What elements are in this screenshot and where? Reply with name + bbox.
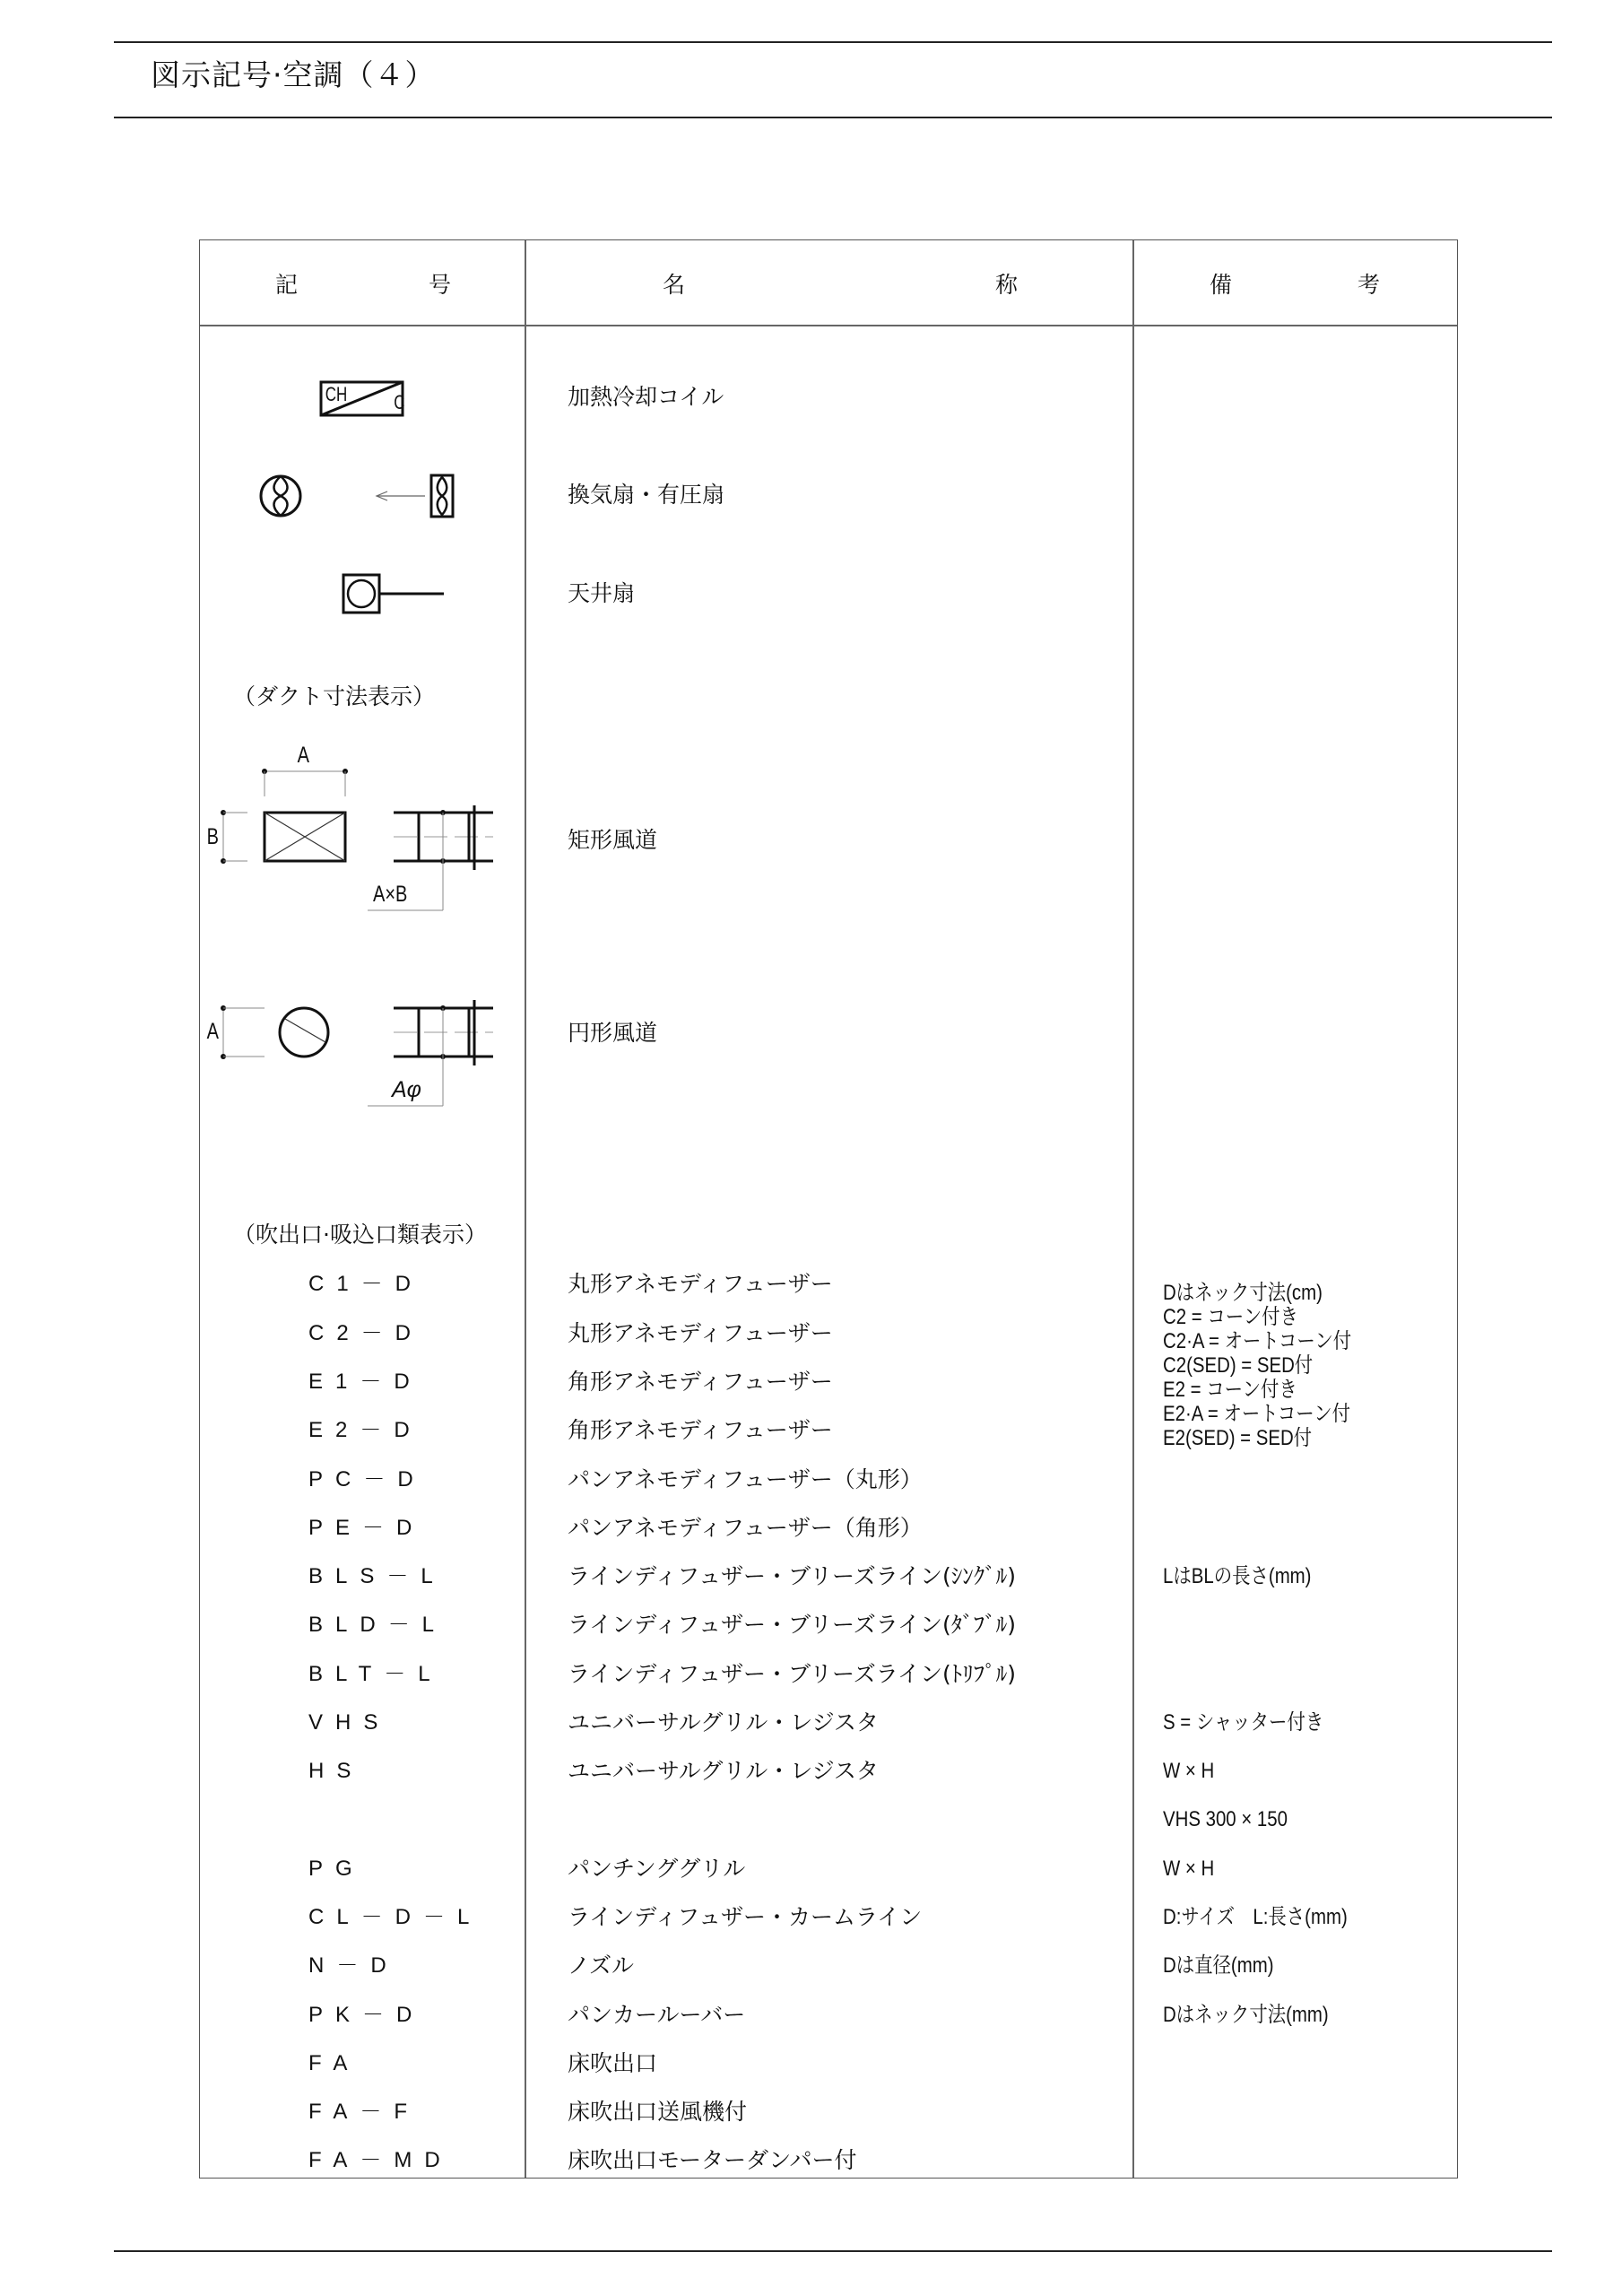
- row-symbol: C2－D: [308, 1320, 423, 1347]
- header-symbol-char-1: 記: [275, 267, 298, 300]
- row-symbol: N－D: [308, 1952, 399, 1979]
- row-symbol: HS: [308, 1758, 363, 1785]
- coil-text-ch: CH: [325, 384, 348, 406]
- row-name: 丸形アネモディフューザー: [568, 1271, 833, 1298]
- row-name: 角形アネモディフューザー: [568, 1417, 833, 1444]
- row-name: パンアネモディフューザー（角形）: [568, 1515, 923, 1542]
- header-name-char-1: 名: [663, 267, 685, 300]
- round-dim-label-aphi: Aφ: [392, 1076, 421, 1103]
- outlet-section-heading: （吹出口·吸込口類表示）: [233, 1222, 487, 1248]
- row-symbol: PC－D: [308, 1466, 426, 1493]
- coil-text-c: C: [394, 392, 404, 414]
- row-name: ユニバーサルグリル・レジスタ: [568, 1709, 879, 1736]
- top-rule: [114, 41, 1552, 43]
- row-remarks: VHS 300 × 150: [1163, 1806, 1288, 1833]
- page-title: 図示記号·空調（４）: [151, 57, 436, 93]
- row-symbol: PE－D: [308, 1515, 424, 1542]
- row-remarks: S = シャッター付き: [1163, 1709, 1323, 1736]
- title-underline: [114, 117, 1552, 118]
- row-symbol: CL－D－L: [308, 1904, 481, 1931]
- row-name: ノズル: [568, 1952, 634, 1979]
- row-symbol: E2－D: [308, 1417, 422, 1444]
- dim-label-a: A: [298, 742, 309, 769]
- row-name: パンチンググリル: [568, 1856, 745, 1883]
- pressure-fan-symbol-icon: [375, 474, 455, 520]
- col-divider-1: [525, 240, 526, 2178]
- symbol-table: 記 号 名 称 備 考: [199, 239, 1458, 2179]
- rectangular-duct-diagram-icon: [197, 735, 502, 915]
- row-remarks: Dはネック寸法(mm): [1163, 2002, 1329, 2029]
- ceiling-fan-symbol-icon: [342, 573, 446, 614]
- row-name: ラインディフュザー・ブリーズライン(ｼﾝｸﾞﾙ): [568, 1563, 1016, 1590]
- row-name: 床吹出口: [568, 2050, 657, 2077]
- row-symbol: PG: [308, 1856, 365, 1883]
- row-symbol: PK－D: [308, 2002, 424, 2029]
- header-name: 名 称: [663, 240, 1018, 326]
- bottom-rule: [114, 2250, 1552, 2252]
- row-remarks: W × H: [1163, 1856, 1214, 1883]
- row-name: ラインディフュザー・ブリーズライン(ﾀﾞﾌﾞﾙ): [568, 1612, 1016, 1639]
- row-name: 丸形アネモディフューザー: [568, 1320, 833, 1347]
- round-dim-label-a: A: [207, 1018, 219, 1045]
- header-symbol-char-2: 号: [429, 267, 451, 300]
- dim-label-axb: A×B: [373, 881, 407, 908]
- anemo-diffuser-remarks: Dはネック寸法(cm) C2 = コーン付き C2·A = オートコーン付 C2…: [1163, 1281, 1351, 1450]
- header-symbol: 記 号: [275, 240, 451, 326]
- header-remarks-char-1: 備: [1210, 267, 1232, 300]
- round-duct-diagram-icon: [197, 996, 502, 1121]
- header-remarks-char-2: 考: [1357, 267, 1380, 300]
- row-name-coil: 加熱冷却コイル: [568, 384, 724, 411]
- row-name: ラインディフュザー・ブリーズライン(ﾄﾘﾌﾟﾙ): [568, 1661, 1016, 1688]
- row-remarks: Dは直径(mm): [1163, 1952, 1274, 1979]
- col-divider-2: [1132, 240, 1134, 2178]
- row-symbol: FA－F: [308, 2099, 420, 2126]
- row-name-round-duct: 円形風道: [568, 1020, 657, 1047]
- row-name: 床吹出口送風機付: [568, 2099, 747, 2126]
- row-name: パンアネモディフューザー（丸形）: [568, 1466, 923, 1493]
- row-name: ユニバーサルグリル・レジスタ: [568, 1758, 879, 1785]
- row-remarks: D:サイズ L:長さ(mm): [1163, 1904, 1348, 1931]
- dim-label-b: B: [207, 823, 219, 850]
- row-name: 床吹出口モーターダンパー付: [568, 2147, 857, 2174]
- row-symbol: BLT－L: [308, 1661, 443, 1688]
- row-name-ceiling-fan: 天井扇: [568, 580, 635, 607]
- row-remarks: W × H: [1163, 1758, 1214, 1785]
- row-symbol: BLS－L: [308, 1563, 446, 1590]
- ventilation-fan-symbol-icon: [258, 474, 305, 520]
- row-remarks: LはBLの長さ(mm): [1163, 1563, 1311, 1590]
- row-symbol: BLD－L: [308, 1612, 447, 1639]
- header-remarks: 備 考: [1210, 240, 1380, 326]
- row-symbol: C1－D: [308, 1271, 423, 1298]
- row-symbol: FA－MD: [308, 2147, 453, 2174]
- row-name: 角形アネモディフューザー: [568, 1369, 833, 1396]
- row-name-fan: 換気扇・有圧扇: [568, 482, 724, 509]
- row-name-rectangular-duct: 矩形風道: [568, 827, 657, 854]
- row-symbol: FA: [308, 2050, 360, 2077]
- header-name-char-2: 称: [995, 267, 1018, 300]
- row-name: ラインディフュザー・カームライン: [568, 1904, 922, 1931]
- duct-section-heading: （ダクト寸法表示）: [233, 683, 435, 710]
- heating-cooling-coil-symbol-icon: CH C: [319, 380, 405, 418]
- row-symbol: VHS: [308, 1709, 390, 1736]
- row-symbol: E1－D: [308, 1369, 422, 1396]
- row-name: パンカールーバー: [568, 2002, 745, 2029]
